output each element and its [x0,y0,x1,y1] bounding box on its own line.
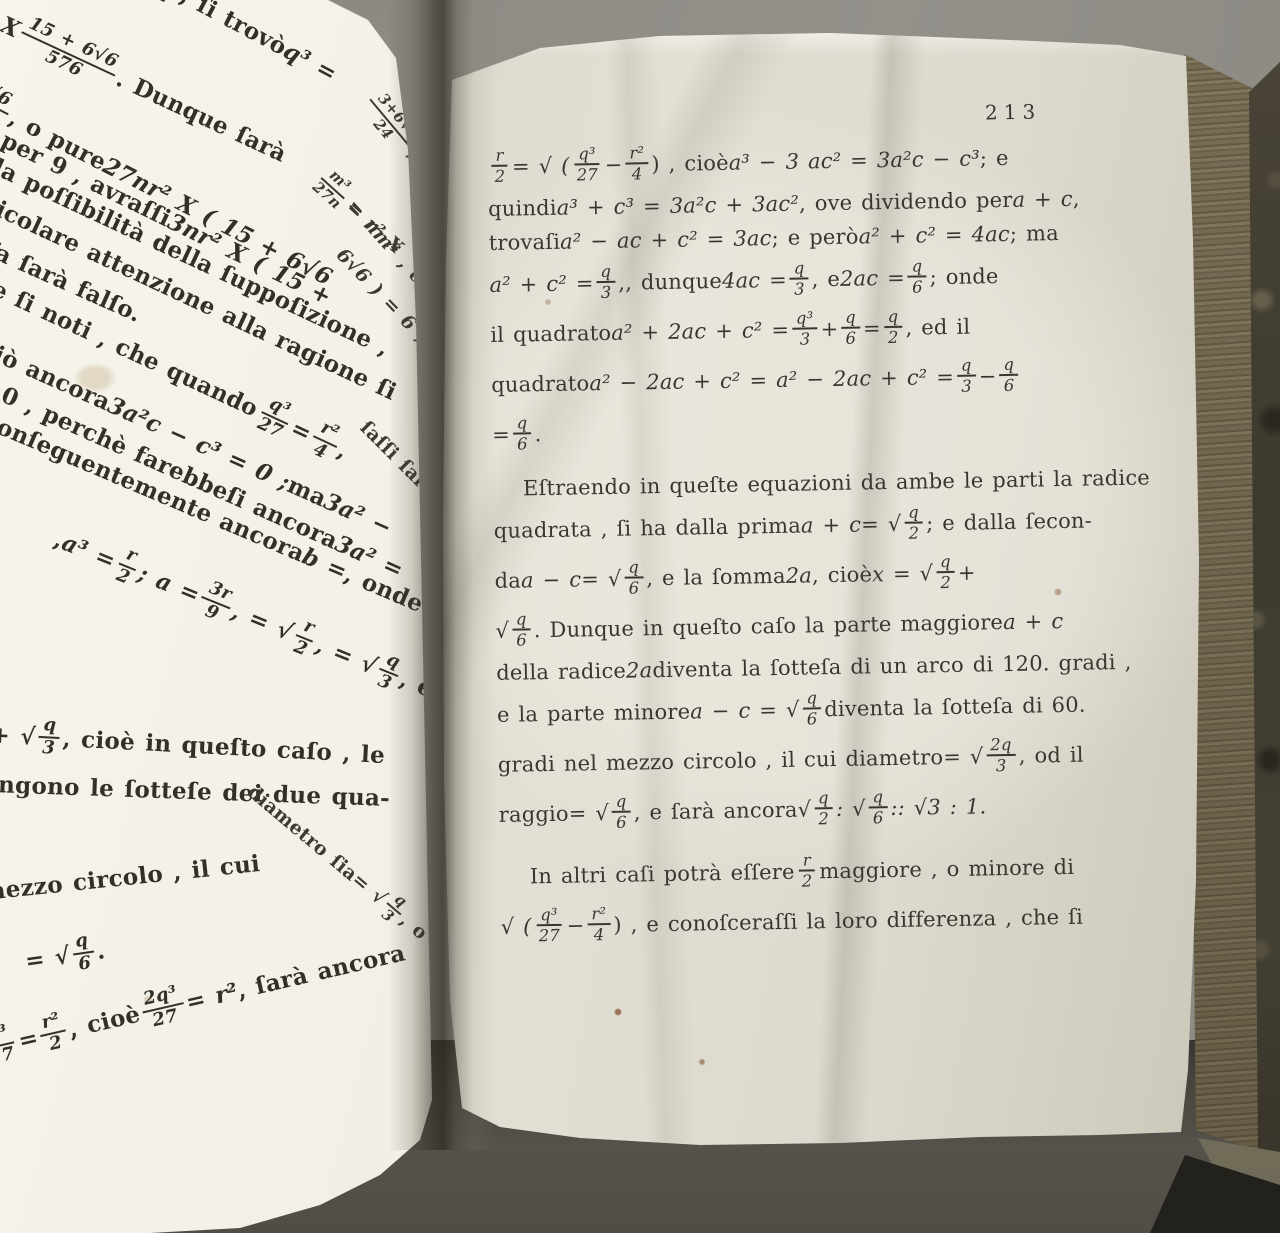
fraction: 2q³27 [138,983,188,1033]
math-run: = r² [183,978,240,1016]
fraction-denominator: 2 [798,871,817,890]
fraction-numerator: r [799,851,815,871]
prose-run: . [534,422,541,446]
prose-run: ) , e conoſceraſſi la loro differenza , … [613,905,1083,937]
fraction-numerator: q [513,414,532,435]
fraction-denominator: 6 [513,434,532,453]
fraction-denominator: 3 [992,756,1011,775]
math-run: 2a [786,563,813,587]
math-run: − [605,153,623,177]
fraction-denominator: 27 [0,1043,20,1070]
math-run: − [979,364,997,388]
fraction-denominator: 2 [814,809,833,828]
prose-run: , cioè [812,562,873,587]
fraction-denominator: 6 [512,630,531,649]
fraction: q2 [936,553,955,592]
fraction-numerator: q [814,789,833,810]
prose-run: e la parte minore [497,700,691,727]
prose-run: quadrata , ſi ha dalla prima [494,514,802,543]
math-run: a² + 2ac + c² = [611,318,789,345]
text-line: = q6 . [492,400,1058,460]
fraction: r²4 [587,905,610,944]
fraction-denominator: 6 [841,329,860,348]
prose-run: ; onde [929,264,998,289]
math-run: + [820,317,838,341]
prose-run: . [979,794,986,818]
right-page-text: r2 = √ ( q³27 − r²4 ) , cioè a³ − 3 ac² … [487,132,1066,952]
math-run: ; a = [134,560,204,609]
fraction: q6 [624,558,643,597]
fraction-numerator: q [790,259,809,280]
fraction: q6 [841,308,860,347]
math-run: √ ( [500,914,531,939]
math-run: a³ + c³ = 3a²c + 3ac² [557,192,800,220]
fraction-numerator: q [612,792,631,813]
prose-run: della radice [496,659,626,685]
math-run: = √ [569,801,610,826]
math-run: − [567,913,585,937]
prose-run: da [494,568,521,592]
math-run: + √ [0,722,36,751]
prose-run: . [95,937,107,965]
fraction-numerator: r² [625,144,648,165]
fraction-numerator: 2q [986,736,1016,757]
math-run: a² − 2ac + c² = a² − 2ac + c² = [589,365,954,395]
math-run: a + c [801,513,862,538]
text-fragment-content: mezzo circolo , il cui [0,850,261,906]
math-run: = √ [861,512,902,537]
math-run: √ [797,797,811,821]
fraction-denominator: 2 [43,1032,68,1056]
fraction: 2q3 [986,736,1016,775]
math-run: √ [495,619,509,643]
fraction-denominator: 2 [904,523,923,542]
fraction-denominator: 6 [803,709,822,728]
prose-run: , e [811,267,840,291]
math-run: a³ = [58,529,120,575]
text-fragment-content: = √ q6 . [22,930,107,982]
prose-run: ; e però [771,225,858,251]
fraction-numerator: q [936,553,955,574]
fraction-denominator: 6 [625,578,644,597]
math-run: : √ [836,796,866,821]
fraction-numerator: q [70,931,94,956]
fraction-numerator: q [802,689,821,710]
fraction: q6 [999,356,1018,395]
prose-run: maggiore , o minore di [819,855,1074,883]
math-run: + [958,561,976,585]
prose-run: , od il [1019,743,1084,768]
prose-run: , ove dividendo per [799,188,1013,216]
fraction-numerator: q [624,558,643,579]
fraction-numerator: q³ [792,309,818,330]
fraction: r2 [490,146,509,185]
prose-run: diventa la ſotteſa di 60. [824,693,1086,722]
fraction-denominator: 27 [535,926,565,945]
prose-run: raggio [499,802,569,827]
fraction-numerator: q [512,610,531,631]
fraction-numerator: q [868,788,887,809]
prose-run: , ſarà ancora [235,940,408,1005]
fraction: q6 [70,931,96,975]
fraction-denominator: 6 [612,813,631,832]
fraction: q3 [596,263,615,302]
fraction-denominator: 2 [490,167,509,186]
prose-run: , cioè [66,1001,143,1044]
fraction: q2 [884,308,903,347]
fraction-numerator: q [999,356,1018,377]
page-number: 213 [985,100,1042,125]
fraction-denominator: 2 [936,573,955,592]
fraction: q6 [612,792,631,831]
fraction: r²4 [625,144,648,183]
math-run: x = √ [872,561,934,586]
math-run: = [492,423,510,447]
math-run: 4ac = [722,268,787,293]
prose-run: gradi nel mezzo circolo , il cui diametr… [498,745,944,777]
fraction-numerator: q [841,308,860,329]
fraction-numerator: q³ [574,145,600,166]
fraction: q6 [908,257,927,296]
math-run: = √ [943,744,984,769]
photo-open-antique-book: c² = r²2 , ſi trovò q³ =3+6√624 , e= r² … [0,0,1280,1233]
fraction: q6 [513,414,532,453]
fraction: q3 [957,356,976,395]
math-run: a − c = √ [690,698,800,724]
fraction: q3 [38,716,61,759]
math-run: a + c [1003,609,1064,634]
prose-run: , ed il [905,315,970,340]
math-run: a³ − 3 ac² = 3a²c − c³ [729,146,981,174]
prose-run: diventa la ſotteſa di un arco di 120. gr… [652,650,1132,682]
prose-run: ; e dalla ſecon- [926,509,1092,536]
prose-run: ,, dunque [618,269,722,295]
fraction-denominator: 3 [796,329,815,348]
fraction-numerator: q [596,263,615,284]
math-run: a² + c² = [489,271,594,297]
fraction-denominator: 6 [908,277,927,296]
prose-run: ; e [980,146,1009,170]
fraction: q³3 [792,309,818,348]
fraction-denominator: 3 [597,283,616,302]
prose-run: ; ma [1010,221,1059,246]
fraction-denominator: 27 [573,165,603,184]
fraction-denominator: 6 [73,952,96,975]
math-run: = √ [23,942,72,975]
math-run: = √ [581,567,622,592]
fraction: q³27 [534,906,564,945]
fraction-numerator: q [884,308,903,329]
math-run: a − c [521,567,582,592]
text-line: √ ( q³27 − r²4 ) , e conoſceraſſi la lor… [500,892,1066,952]
math-run: 2ac = [840,266,905,291]
prose-run: trovaſi [489,230,561,255]
fraction-denominator: 3 [38,738,60,759]
prose-run: , [1073,187,1080,211]
fraction-numerator: q [957,356,976,377]
fraction: q6 [868,788,887,827]
fraction-numerator: q³ [536,906,562,927]
fraction-denominator: 4 [628,164,647,183]
prose-run: il quadrato [490,321,611,347]
fraction-denominator: 2 [884,328,903,347]
math-run: = [16,1024,41,1055]
fraction-numerator: q [904,503,923,524]
math-run: , = √ [312,632,381,681]
prose-run: , divengono le ſotteſe dei due qua- [0,769,390,812]
fraction: q2 [814,789,833,828]
prose-run: quadrato [491,371,590,397]
prose-run: , e la ſomma [646,564,786,590]
fraction: r2 [797,851,816,890]
fraction-numerator: r [491,146,507,166]
fraction-denominator: 3 [957,377,976,396]
prose-run: quindi [488,196,557,221]
prose-run: , e ſarà ancora [633,798,797,825]
prose-run: ) , cioè [651,151,729,176]
fraction-denominator: 6 [1000,376,1019,395]
math-run: a² − ac + c² = 3ac [560,226,772,254]
fraction-denominator: 3 [790,279,809,298]
math-run: a + c [1012,187,1073,212]
math-run: 2a [626,658,653,682]
fraction-numerator: q [39,716,61,739]
math-run: = √ ( [512,154,570,179]
fraction-numerator: r² [587,905,610,926]
fraction: q2 [904,503,923,542]
fraction: q6 [512,610,531,649]
prose-run: . Dunque in queſto caſo la parte maggior… [534,610,1004,642]
fraction: q3 [790,259,809,298]
math-run: , = √ [228,598,297,647]
math-run: = [863,316,881,340]
prose-run: In altri caſi potrà eſſere [530,860,795,889]
fraction-denominator: 4 [590,925,609,944]
fraction-numerator: q [908,257,927,278]
fraction-denominator: 6 [869,808,888,827]
math-run: :: √3 : 1 [890,795,980,821]
prose-run: mezzo circolo , il cui [0,850,261,906]
fraction: q³27 [572,145,602,184]
text-line: raggio = √ q6 , e ſarà ancora √ q2 : √ q… [498,780,1064,840]
fraction: q6 [802,689,821,728]
math-run: a² + c² = 4ac [858,222,1010,249]
